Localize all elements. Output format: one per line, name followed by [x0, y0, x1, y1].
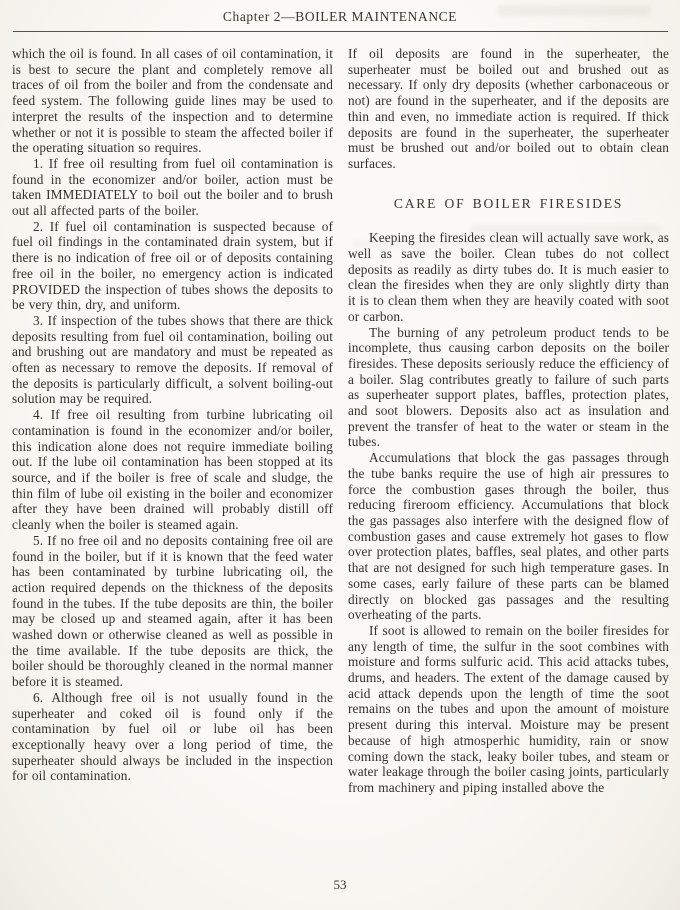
two-column-body: which the oil is found. In all cases of … — [0, 32, 680, 796]
paragraph: If soot is allowed to remain on the boil… — [348, 623, 669, 796]
document-page: Chapter 2—BOILER MAINTENANCE which the o… — [0, 0, 680, 910]
numbered-paragraph-6: 6. Although free oil is not usually foun… — [12, 690, 333, 784]
numbered-paragraph-4: 4. If free oil resulting from turbine lu… — [12, 407, 333, 533]
paragraph: Keeping the firesides clean will actuall… — [348, 230, 669, 324]
paragraph-continuation: If oil deposits are found in the superhe… — [348, 46, 669, 172]
paragraph: Accumulations that block the gas passage… — [348, 450, 669, 623]
page-number: 53 — [334, 877, 347, 892]
right-column: If oil deposits are found in the superhe… — [348, 46, 669, 796]
paragraph-continuation: which the oil is found. In all cases of … — [12, 46, 333, 156]
numbered-paragraph-3: 3. If inspection of the tubes shows that… — [12, 313, 333, 407]
page-footer: 53 — [0, 876, 680, 894]
numbered-paragraph-1: 1. If free oil resulting from fuel oil c… — [12, 156, 333, 219]
numbered-paragraph-2: 2. If fuel oil contamination is suspecte… — [12, 219, 333, 313]
left-column: which the oil is found. In all cases of … — [12, 46, 333, 796]
numbered-paragraph-5: 5. If no free oil and no deposits contai… — [12, 533, 333, 690]
page-header: Chapter 2—BOILER MAINTENANCE — [0, 0, 680, 32]
chapter-title: Chapter 2—BOILER MAINTENANCE — [0, 9, 680, 25]
section-heading: CARE OF BOILER FIRESIDES — [348, 196, 669, 212]
paragraph: The burning of any petroleum product ten… — [348, 325, 669, 451]
